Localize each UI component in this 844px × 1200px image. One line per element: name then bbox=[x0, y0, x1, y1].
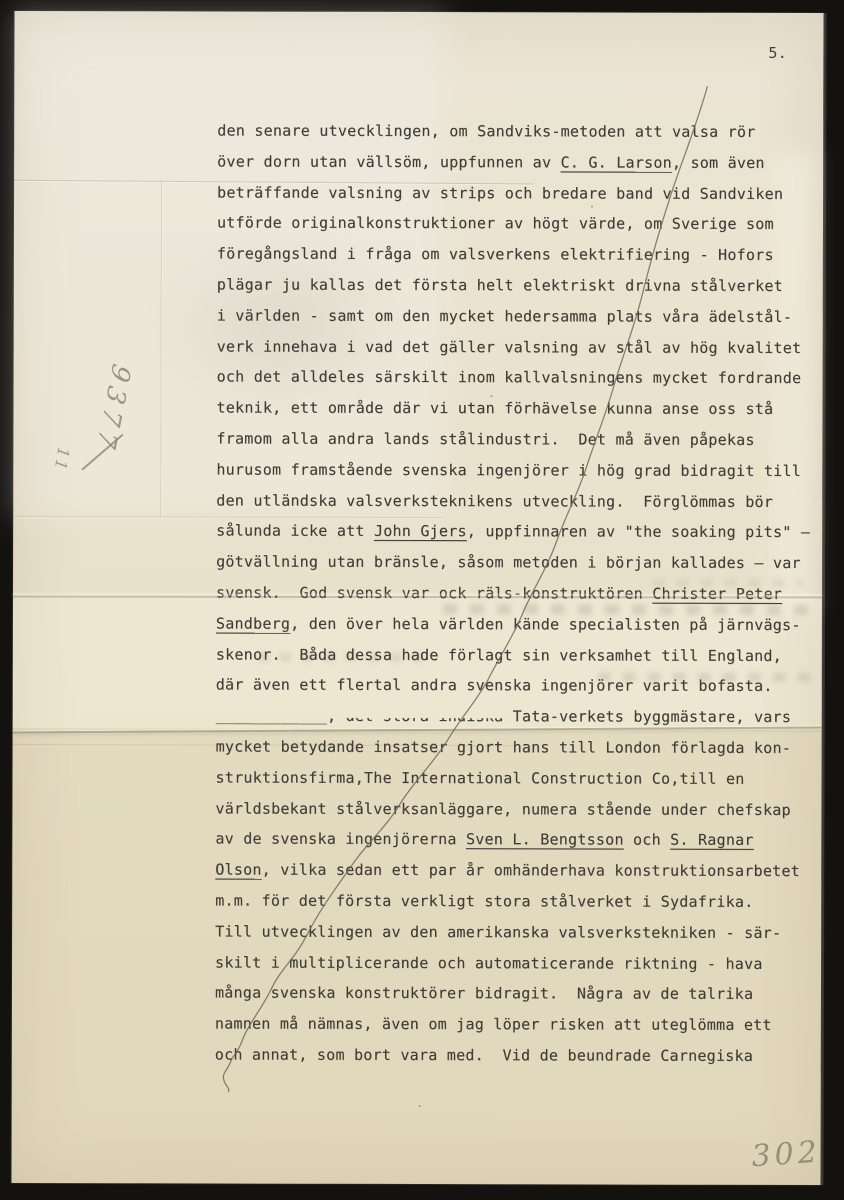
text-segment: namnen må nämnas, även om jag löper risk… bbox=[215, 1009, 772, 1041]
text-segment: teknik, ett område där vi utan förhävels… bbox=[216, 393, 773, 425]
text-line: många svenska konstruktörer bidragit. Nå… bbox=[215, 978, 825, 1010]
text-line: hurusom framstående svenska ingenjörer i… bbox=[216, 454, 826, 486]
text-line: föregångsland i fråga om valsverkens ele… bbox=[217, 239, 827, 271]
text-segment: mycket betydande insatser gjort hans til… bbox=[216, 731, 792, 763]
text-line: världsbekant stålverksanläggare, numera … bbox=[215, 793, 825, 825]
margin-annotation-numerator: 9377 bbox=[89, 360, 135, 457]
text-segment: , som även bbox=[672, 147, 765, 178]
fraction-slash-stroke bbox=[81, 434, 123, 471]
text-line: över dorn utan vällsöm, uppfunnen av C. … bbox=[217, 146, 827, 178]
text-segment: svensk. God svensk var ock räls-konstruk… bbox=[216, 577, 652, 609]
text-line: svensk. God svensk var ock räls-konstruk… bbox=[216, 577, 826, 609]
text-line: där även ett flertal andra svenska ingen… bbox=[216, 670, 826, 702]
underlined-name: C. G. Larson bbox=[560, 147, 671, 178]
underlined-name: Olson bbox=[215, 855, 261, 886]
document-page: 5. den senare utvecklingen, om Sandviks-… bbox=[11, 11, 823, 1185]
text-line: teknik, ett område där vi utan förhävels… bbox=[216, 393, 826, 425]
text-line: och annat, som bort vara med. Vid de beu… bbox=[215, 1039, 825, 1071]
underlined-name: Sandberg bbox=[216, 608, 290, 639]
text-segment: , vilka sedan ett par år omhänderhava ko… bbox=[262, 855, 800, 887]
scanned-document-background: 5. den senare utvecklingen, om Sandviks-… bbox=[0, 0, 844, 1200]
text-segment: skenor. Båda dessa hade förlagt sin verk… bbox=[216, 639, 782, 671]
margin-annotation-denominator: 11 bbox=[50, 446, 73, 473]
text-segment: m.m. för det första verkligt stora stålv… bbox=[215, 885, 753, 917]
text-line: utförde originalkonstruktioner av högt v… bbox=[217, 208, 827, 240]
text-segment: Till utvecklingen av den amerikanska val… bbox=[215, 916, 781, 948]
underlined-name: S. Ragnar bbox=[670, 825, 754, 856]
text-segment: , den över hela världen kände specialist… bbox=[290, 608, 801, 640]
text-line: sålunda icke att John Gjers, uppfinnaren… bbox=[216, 516, 826, 548]
text-line: mycket betydande insatser gjort hans til… bbox=[216, 731, 826, 763]
text-segment: i världen - samt om den mycket hedersamm… bbox=[217, 300, 793, 332]
text-line: namnen må nämnas, även om jag löper risk… bbox=[215, 1009, 825, 1041]
text-line: plägar ju kallas det första helt elektri… bbox=[217, 269, 827, 301]
text-segment: och det alldeles särskilt inom kallvalsn… bbox=[217, 362, 802, 394]
text-line: i världen - samt om den mycket hedersamm… bbox=[217, 300, 827, 332]
text-line: m.m. för det första verkligt stora stålv… bbox=[215, 885, 825, 917]
text-line: Till utvecklingen av den amerikanska val… bbox=[215, 916, 825, 948]
text-segment: beträffande valsning av strips och breda… bbox=[217, 177, 783, 209]
text-segment: det stora indiska bbox=[336, 701, 512, 732]
underlined-name: Sven L. Bengtsson bbox=[466, 824, 624, 855]
text-segment: många svenska konstruktörer bidragit. Nå… bbox=[215, 978, 753, 1010]
text-line: skenor. Båda dessa hade förlagt sin verk… bbox=[216, 639, 826, 671]
paper-seam-edge bbox=[13, 596, 822, 599]
archive-number-pencil: 302 bbox=[750, 1135, 821, 1175]
typewritten-text-block: den senare utvecklingen, om Sandviks-met… bbox=[215, 115, 827, 1071]
text-line: den senare utvecklingen, om Sandviks-met… bbox=[217, 115, 827, 147]
text-line: Sandberg, den över hela världen kände sp… bbox=[216, 608, 826, 640]
text-line: beträffande valsning av strips och breda… bbox=[217, 177, 827, 209]
text-segment: verk innehava i vad det gäller valsning … bbox=[217, 331, 802, 363]
paper-crease bbox=[160, 179, 162, 517]
text-line: struktionsfirma,The International Constr… bbox=[215, 762, 825, 794]
text-line: skilt i multiplicerande och automaticera… bbox=[215, 947, 825, 979]
text-segment: av de svenska ingenjörerna bbox=[215, 824, 466, 855]
text-segment: världsbekant stålverksanläggare, numera … bbox=[215, 793, 791, 825]
text-segment: den utländska valsverksteknikens utveckl… bbox=[216, 485, 773, 517]
text-segment: götvällning utan bränsle, såsom metoden … bbox=[216, 547, 801, 579]
text-segment: , uppfinnaren av "the soaking pits" — bbox=[467, 516, 810, 548]
text-line: av de svenska ingenjörerna Sven L. Bengt… bbox=[215, 824, 825, 856]
text-segment: hurusom framstående svenska ingenjörer i… bbox=[216, 454, 801, 486]
page-number: 5. bbox=[768, 44, 787, 62]
text-segment: där även ett flertal andra svenska ingen… bbox=[216, 670, 773, 702]
text-line: verk innehava i vad det gäller valsning … bbox=[217, 331, 827, 363]
text-line: den utländska valsverksteknikens utveckl… bbox=[216, 485, 826, 517]
text-line: Olson, vilka sedan ett par år omhänderha… bbox=[215, 855, 825, 887]
text-segment: och annat, som bort vara med. Vid de beu… bbox=[215, 1039, 753, 1071]
text-segment: skilt i multiplicerande och automaticera… bbox=[215, 947, 763, 979]
text-segment: den senare utvecklingen, om Sandviks-met… bbox=[217, 115, 755, 147]
text-line: framom alla andra lands stålindustri. De… bbox=[216, 423, 826, 455]
text-segment: sålunda icke att bbox=[216, 516, 374, 547]
underlined-name: John Gjers bbox=[374, 516, 467, 547]
underlined-name: Christer Peter bbox=[652, 579, 782, 610]
text-segment: plägar ju kallas det första helt elektri… bbox=[217, 269, 783, 301]
text-segment: ____________, bbox=[216, 701, 337, 732]
text-line: götvällning utan bränsle, såsom metoden … bbox=[216, 547, 826, 579]
text-segment: och bbox=[624, 825, 670, 856]
text-segment: utförde originalkonstruktioner av högt v… bbox=[217, 208, 774, 240]
text-segment: över dorn utan vällsöm, uppfunnen av bbox=[217, 146, 560, 178]
text-line: och det alldeles särskilt inom kallvalsn… bbox=[217, 362, 827, 394]
paper-speck bbox=[419, 1105, 421, 1107]
text-segment: struktionsfirma,The International Constr… bbox=[215, 762, 744, 794]
text-segment: framom alla andra lands stålindustri. De… bbox=[216, 423, 754, 455]
text-segment: föregångsland i fråga om valsverkens ele… bbox=[217, 239, 774, 271]
